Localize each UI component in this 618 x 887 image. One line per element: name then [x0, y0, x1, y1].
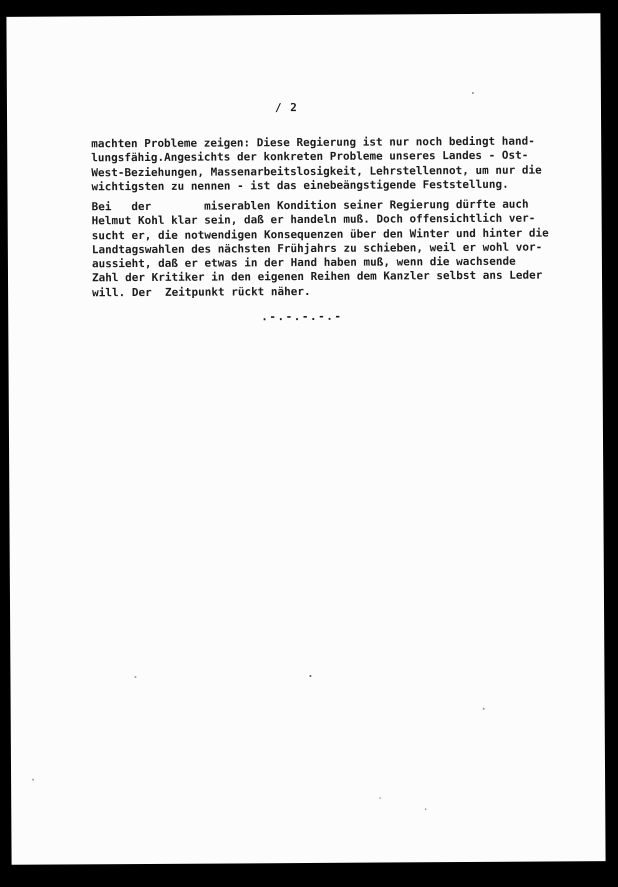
scan-speck [309, 675, 311, 677]
page-number: / 2 [275, 101, 298, 115]
text-line: will. Der Zeitpunkt rückt näher. [92, 283, 549, 300]
scanned-document: / 2 machten Probleme zeigen: Diese Regie… [0, 0, 618, 887]
scan-speck [379, 798, 381, 799]
scan-speck [472, 92, 474, 94]
scan-speck [32, 779, 34, 781]
text-line: wichtigsten zu nennen - ist das einebeän… [91, 177, 541, 194]
paragraph-2: Bei der miserablen Kondition seiner Regi… [92, 198, 550, 301]
end-separator: .-.-.-.-.- [261, 310, 342, 324]
scan-speck [483, 708, 485, 710]
scan-speck [425, 808, 426, 810]
scan-speck [134, 676, 136, 678]
text-line: Zahl der Kritiker in den eigenen Reihen … [92, 269, 549, 286]
document-page: / 2 machten Probleme zeigen: Diese Regie… [6, 13, 605, 865]
paragraph-1: machten Probleme zeigen: Diese Regierung… [91, 135, 542, 195]
